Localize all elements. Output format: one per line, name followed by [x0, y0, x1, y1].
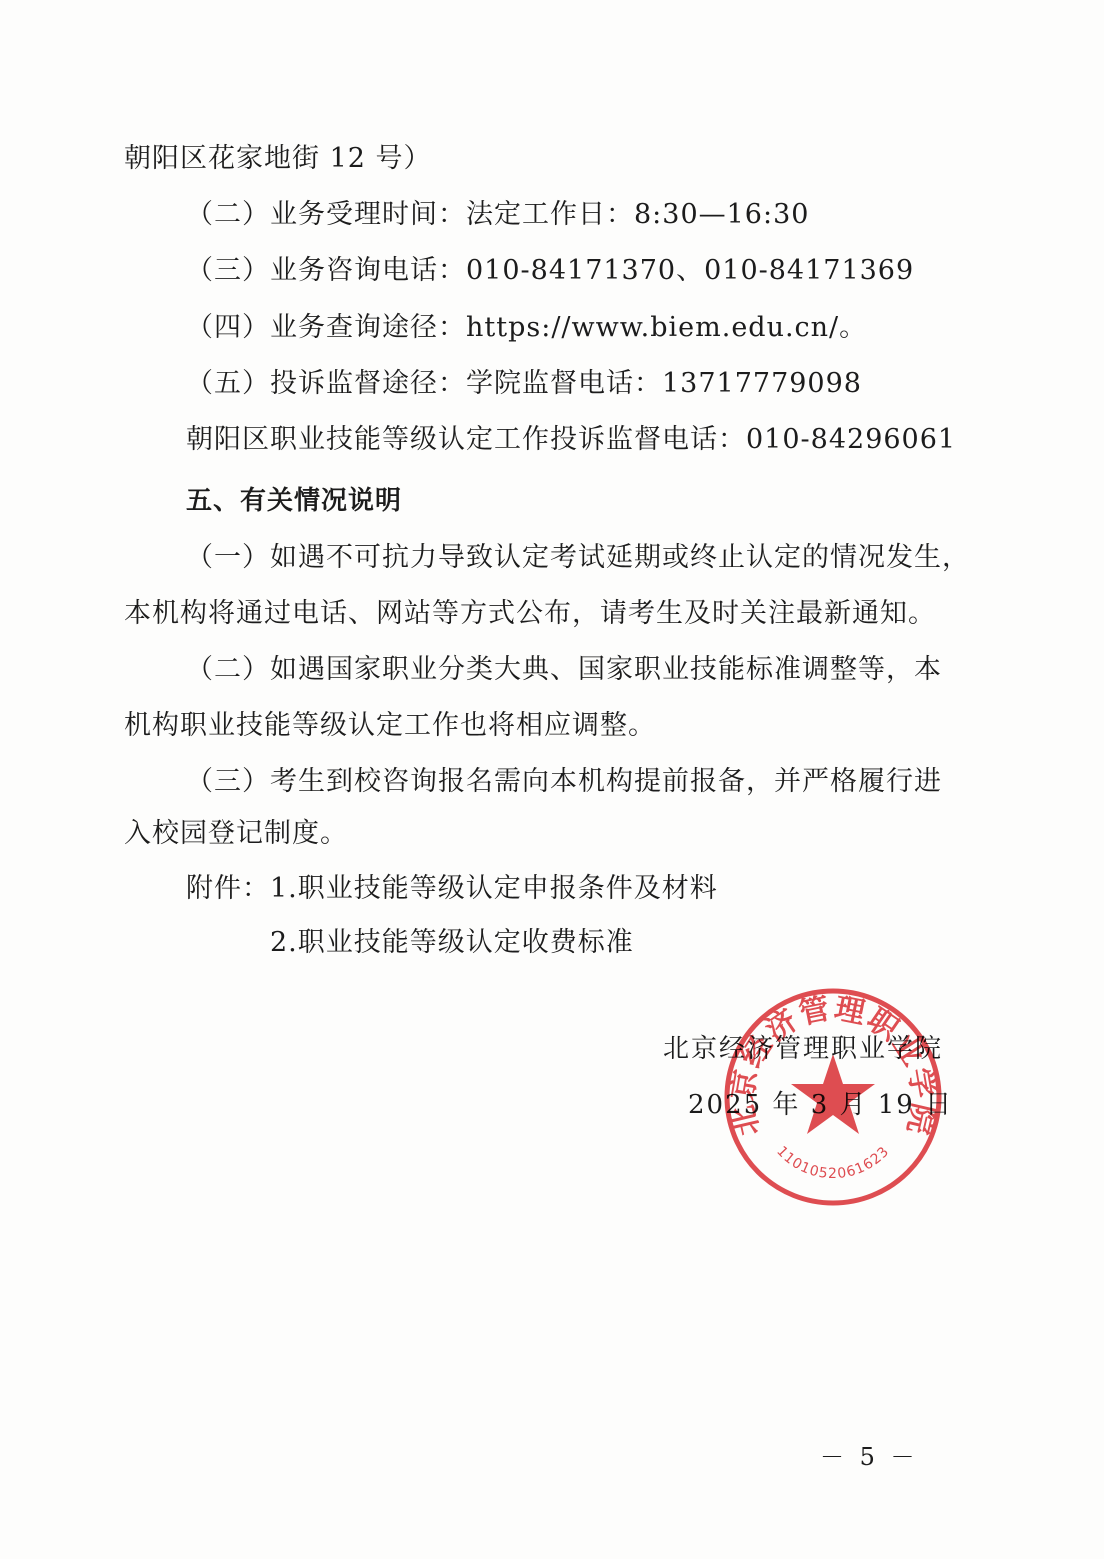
section-item-3-line-2: 入校园登记制度。 [124, 817, 348, 851]
section-item-1-line-2: 本机构将通过电话、网站等方式公布，请考生及时关注最新通知。 [124, 597, 936, 631]
section-item-3-line-1: （三）考生到校咨询报名需向本机构提前报备，并严格履行进 [186, 765, 942, 799]
attachment-item-2: 2.职业技能等级认定收费标准 [270, 926, 634, 960]
business-hours-line: （二）业务受理时间：法定工作日：8:30—16:30 [186, 198, 809, 232]
district-complaint-line: 朝阳区职业技能等级认定工作投诉监督电话：010-84296061 [186, 423, 956, 457]
consultation-phone-line: （三）业务咨询电话：010-84171370、010-84171369 [186, 254, 914, 288]
complaint-channel-line: （五）投诉监督途径：学院监督电话：13717779098 [186, 367, 862, 401]
section-item-2-line-2: 机构职业技能等级认定工作也将相应调整。 [124, 709, 656, 743]
section-item-1-line-1: （一）如遇不可抗力导致认定考试延期或终止认定的情况发生， [186, 541, 970, 575]
official-seal-stamp: 北京经济管理职业学院 1101052061623 [722, 986, 944, 1208]
attachments-label: 附件： [186, 872, 270, 906]
section-heading: 五、有关情况说明 [186, 484, 402, 518]
svg-text:1101052061623: 1101052061623 [773, 1143, 893, 1182]
page-number: － 5 － [820, 1437, 919, 1472]
document-page: 朝阳区花家地街 12 号） （二）业务受理时间：法定工作日：8:30—16:30… [0, 0, 1104, 1559]
attachment-item-1: 1.职业技能等级认定申报条件及材料 [270, 872, 718, 906]
star-icon [791, 1054, 875, 1134]
query-channel-line: （四）业务查询途径：https://www.biem.edu.cn/。 [186, 311, 867, 345]
address-continuation: 朝阳区花家地街 12 号） [124, 142, 432, 176]
seal-code: 1101052061623 [773, 1143, 893, 1182]
section-item-2-line-1: （二）如遇国家职业分类大典、国家职业技能标准调整等，本 [186, 653, 942, 687]
